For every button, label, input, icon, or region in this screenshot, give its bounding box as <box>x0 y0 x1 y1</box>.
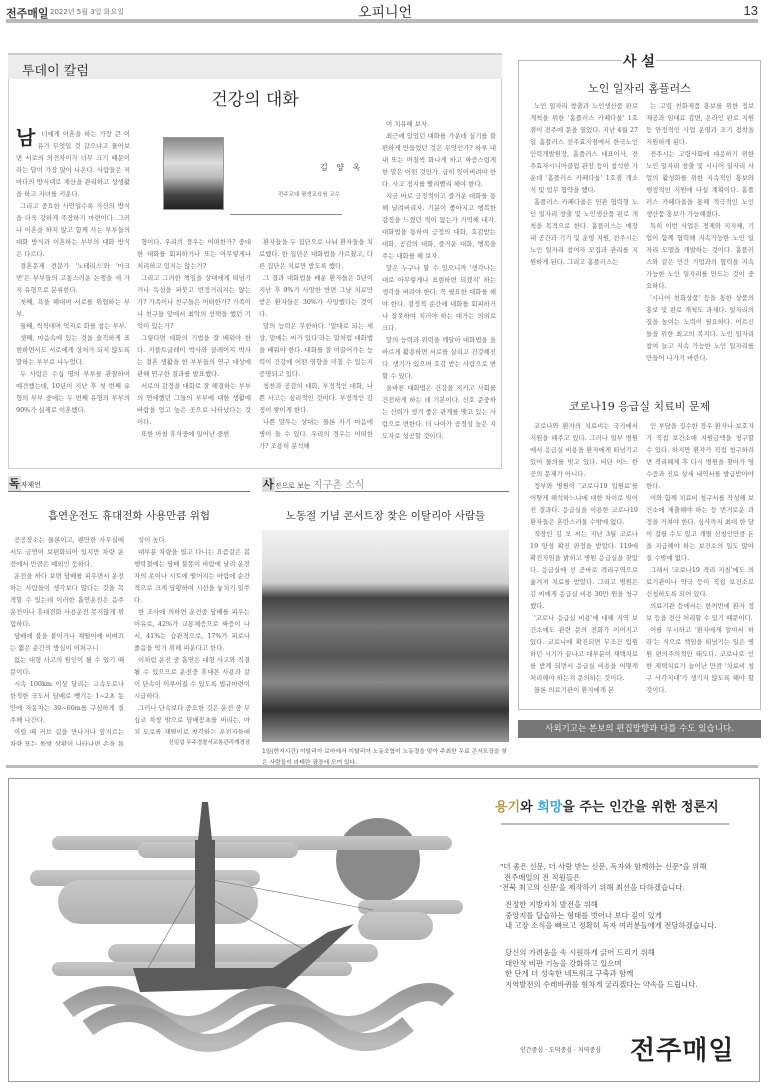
ad-line: 내 고장 소식을 빠르고 정확히 독자 여러분들에게 전달하겠습니다. <box>505 921 765 932</box>
ad-line: 진정한 지방자치 발전을 위해 <box>505 900 765 911</box>
concert-photo <box>262 530 509 742</box>
paragraph: 또한 아침 휴식중에 일어난 중한 <box>137 428 251 440</box>
paragraph: 없는 대형 사고의 원인이 될 수 있기 때문이다. <box>10 654 124 678</box>
today-column-col-4: 여 치유해 보자. 최근에 있었던 대화를 가운데 심기를 불편하게 만들었던 … <box>382 118 496 460</box>
disclaimer-banner: 사외기고는 본보의 편집방향과 다를 수도 있습니다. <box>518 720 761 738</box>
editorial-label: 사 설 <box>622 51 656 71</box>
paragraph: 그리고 중요한 사안일수록 자신의 방식을 더욱 강하게 주장하기 마련이다. … <box>16 200 130 260</box>
paragraph: 성이 높다. <box>134 534 250 546</box>
reader-proposal-label: 독자제언 <box>8 476 250 492</box>
reader-proposal-title: 흡연운전도 휴대전화 사용만큼 위험 <box>8 508 250 523</box>
today-column-header: 투데이 칼럼 <box>8 53 502 79</box>
paragraph: 첫째, 욕을 해대며 서로를 위협하는 부부. <box>16 296 130 320</box>
editorial-1-col-2: 는 고령 친화제품 홍보를 위한 정보 제공과 임대료 감면, 온라인 판로 지… <box>646 100 754 388</box>
paragraph: 특히 이번 사업은 경제와 지자체, 기업이 함께 협력해 지속가능한 노인 일… <box>646 220 754 292</box>
paragraph: 올바른 대화법은 건강을 지키고 사회를 건전하게 하는 데 기본이다. 신호 … <box>382 382 496 442</box>
headline-courage: 용기 <box>495 800 520 815</box>
ad-slogan: 인간중심 · 도덕중심 · 지역중심 <box>520 1045 601 1054</box>
author-title: 전주교대 평생교육원 교수 <box>278 190 340 198</box>
paragraph: 그러나 단속보다 중요한 것은 운전 중 무심코 차창 밖으로 담배꽁초를 버리… <box>134 702 250 734</box>
ad-line: 대안적 비판 기능을 강화하고 있으며 <box>505 959 765 970</box>
paragraph: 이처럼 운전 중 흡연은 대형 사고와 직결될 수 있으므로 운전중 휴대폰 사… <box>134 654 250 702</box>
author-name: 김 양 옥 <box>320 162 363 173</box>
ad-headline-divider <box>501 823 729 825</box>
ad-brand-logo: 전주매일 <box>630 1030 734 1067</box>
paragraph: 환자들을 두 집단으로 나눠 환자들을 치료했다. 한 집단은 대화법을 가르쳤… <box>259 236 373 272</box>
editorial-1-col-1: 노인 일자리 창출과 노인생산품 판로 개척을 위한 '홈플러스 카페다울' 1… <box>530 100 638 388</box>
label-soft: 지구촌 소식 <box>313 480 364 491</box>
ad-line: 전주매일의 전 직원들은 <box>500 873 760 884</box>
paragraph: 운전을 하다 보면 담배를 피우면서 운전하는 사람들이 생각보다 많다는 것을… <box>10 570 124 630</box>
label-cap: 독 <box>8 476 21 491</box>
photo-news-label: 사진으로 보는 지구촌 소식 <box>262 476 509 492</box>
editorial-2-title: 코로나19 응급실 치료비 문제 <box>518 398 761 414</box>
paragraph: 여 치유해 보자. <box>382 118 496 130</box>
reader-proposal-col-2: 성이 높다. 대부분 차량을 열고 다니는 요즘같은 봄 행락철에는 담배 불똥… <box>134 534 250 734</box>
paragraph: 말의 능력과 위력을 깨달아 대화법을 올바르게 활용하면 서로를 살리고 건강… <box>382 334 496 382</box>
label-small: 진으로 보는 <box>275 482 311 490</box>
reader-proposal-byline: 신일섭 무주경찰서교통관리계경장 <box>134 738 250 746</box>
paragraph: '코로나 응급실 비용'에 대해 지역 보건소에도 관련 문의 전화가 이어지고… <box>530 612 638 684</box>
paragraph: 시속 100km 이상 달리는 고속도로나 한적한 국도서 담배로 뺏기는 1~… <box>10 678 124 726</box>
paragraph: 이럴 때 커브 길을 만나거나 앞지르는 차량 또는 돌발 상황이 나타나면 손… <box>10 726 124 746</box>
paragraph: 칭찬과 공감의 대화, 부정적인 대화, 나쁜 사고는 심리적인 것이다. 부정… <box>259 380 373 416</box>
paragraph: 공공장소는 물론이고, 웬만한 사무실에서도 금연이 보편화되어 있지만 차량 … <box>10 534 124 570</box>
paragraph: 홈플러스 카페다울은 민관 협력형 노인 일자리 창출 및 노인생산품 판로 개… <box>530 196 638 268</box>
paragraph: 두 사람은 수십 명의 부부를 관찰하여 예견했는데, 10년이 지난 후 첫 … <box>16 368 130 416</box>
paragraph: 말의 능력은 무한하다. '말대로 되는 세상, 말에는 씨가 있다'라는 말처… <box>259 320 373 380</box>
today-column-col-2: 형이다. 우리의 경우는 어떠한가? 중대한 대화를 회피하거나 또는 아무렇게… <box>137 236 251 460</box>
paragraph: 지금 바로 긍정적이고 즐거운 대화를 통해 날려버리자. 기분이 좋아지고 행… <box>382 190 496 262</box>
paragraph: 인 부담을 징수한 경우 환자나 보호자가 직접 보건소에 지원금액을 청구할 … <box>646 420 754 492</box>
paragraph: 정부와 병원이 '코로나19 입원료'를 어떻게 해석하느냐에 대한 차이로 빚… <box>530 480 638 528</box>
paragraph: 나쁜 말투는 상대는 물론 자기 마음에 병이 들 수 있다. 우리의 경우는 … <box>259 416 373 452</box>
paragraph: 노인 일자리 창출과 노인생산품 판로 개척을 위한 '홈플러스 카페다울' 1… <box>530 100 638 196</box>
ad-line: 지역발전의 수레바퀴를 힘차게 굴리겠다는 약속을 드립니다. <box>505 980 765 991</box>
ad-line: "더 좋은 신문, 더 사랑 받는 신문, 독자와 함께하는 신문"을 위해 <box>500 862 760 873</box>
headline-and: 와 <box>520 800 537 815</box>
photo-news-title: 노동절 기념 콘서트장 찾은 이탈리아 사람들 <box>262 508 509 523</box>
editorial-2-col-1: 코로나와 환자의 치료비는 국가에서 지원을 해주고 있다. 그러나 일부 병원… <box>530 420 638 704</box>
paragraph: 전주시는 고령사회에 대응하기 위한 노인 일자리 창출 및 시니어 일자리 사… <box>646 148 754 220</box>
paragraph: 셋째, 마음속에 있는 것을 솔직하게 표현하면서도 서로에게 상처가 되지 않… <box>16 332 130 368</box>
ad-paragraph-3: 당신의 가려움을 속 시원하게 긁어 드리기 위해 대안적 비판 기능을 강화하… <box>505 948 765 990</box>
paragraph: 형이다. 우리의 경우는 어떠한가? 중대한 대화를 회피하거나 또는 아무렇게… <box>137 236 251 272</box>
author-photo <box>163 137 224 210</box>
paragraph: 최근에 있었던 대화를 가운데 심기를 불편하게 만들었던 것은 무엇인가? 하… <box>382 130 496 190</box>
editorial-2-col-2: 인 부담을 징수한 경우 환자나 보호자가 직접 보건소에 지원금액을 청구할 … <box>646 420 754 704</box>
paragraph: 결혼문제 전문가 '노테리스'와 '마크먼'은 부부들의 고통스러운 논쟁을 세… <box>16 260 130 296</box>
paragraph: 그 결과 대화법을 배운 환자들은 5년이 지난 후 9%가 사망한 반면 그냥… <box>259 272 373 320</box>
author-divider <box>230 214 342 215</box>
paragraph: 이를 무시하고 '환자에게 알아서 하라'는 식으로 책임을 떠넘기는 일은 병… <box>646 624 754 696</box>
paragraph: 물론 의료기관이 환자에게 본 <box>530 684 638 696</box>
editorial-1-title: 노인 일자리 홈플러스 <box>518 80 761 96</box>
ship-illustration-icon <box>28 800 468 1060</box>
dropcap: 남 <box>16 128 35 146</box>
section-divider <box>6 765 758 768</box>
paragraph: 직장인 김 모 씨는 지난 3월 코로나19 양성 확진 판정을 받았다. 11… <box>530 528 638 612</box>
paragraph: 코로나와 환자의 치료비는 국가에서 지원을 해주고 있다. 그러나 일부 병원… <box>530 420 638 480</box>
label-cap: 사 <box>262 477 275 492</box>
ad-paragraph-2: 진정한 지방자치 발전을 위해 중앙지를 답습하는 형태를 벗어나 보다 깊이 … <box>505 900 765 932</box>
paragraph: 말은 누구나 할 수 있으니까 '생각나는 대로 아무렇게나 표현하면 되겠지'… <box>382 262 496 334</box>
editorial-rule-right <box>656 60 761 61</box>
paragraph: 이와 함께 치료비 청구서를 작성해 보건소에 제출해야 하는 등 번거로운 과… <box>646 492 754 564</box>
ad-headline: 용기와 희망을 주는 인간을 위한 정론지 <box>495 796 719 815</box>
paragraph: 서로의 감정을 대화로 잘 해결하는 부부의 연애했던 그들의 부부에 대한 생… <box>137 380 251 428</box>
page-number: 13 <box>744 3 758 18</box>
issue-date: 2022년 5월 3일 화요일 <box>50 7 124 17</box>
ad-line: 당신의 가려움을 속 시원하게 긁어 드리기 위해 <box>505 948 765 959</box>
paragraph: 는 고령 친화제품 홍보를 위한 정보 제공과 임대료 감면, 온라인 판로 지… <box>646 100 754 148</box>
paragraph: 둘째, 씩씩대며 억지로 화를 참는 부부. <box>16 320 130 332</box>
today-column-col-3: 환자들을 두 집단으로 나눠 환자들을 치료했다. 한 집단은 대화법을 가르쳤… <box>259 236 373 460</box>
paragraph: 그래서 '코로나19 격리 지침'에도 의료기관이나 약국 등이 직접 보건소로… <box>646 564 754 600</box>
reader-proposal-col-1: 공공장소는 물론이고, 웬만한 사무실에서도 금연이 보편화되어 있지만 차량 … <box>10 534 124 746</box>
ad-paragraph-1: "더 좋은 신문, 더 사랑 받는 신문, 독자와 함께하는 신문"을 위해 전… <box>500 862 760 894</box>
ad-line: '전북 최고의 신문'을 제작하기 위해 최선을 다하겠습니다. <box>500 883 760 894</box>
today-column-title: 건강의 대화 <box>8 85 502 110</box>
paragraph: 그리고 그러한 책임을 상대에게 떠넘기거나 독설을 퍼붓고 빈정거리지는 않는… <box>137 272 251 332</box>
paragraph: 그렇다면 대화의 기법을 잘 배워야 한다. 키플트글레이 박사와 클레이지 박… <box>137 332 251 380</box>
paragraph: 대부분 차량을 열고 다니는 요즘같은 봄 행락철에는 담배 불똥이 바람에 날… <box>134 546 250 606</box>
paragraph: '시니어 친화상품' 등을 통한 상품의 홍보 및 판로 개척도 과제다. 일자… <box>646 292 754 364</box>
ad-line: 중앙지를 답습하는 형태를 벗어나 보다 깊이 있게 <box>505 911 765 922</box>
paragraph: 한 조사에 의하면 운전중 담배를 피우는 이유로, 42%가 교통체증으로 짜… <box>134 606 250 654</box>
headline-hope: 희망 <box>537 800 562 815</box>
paragraph: 의료기관 등에서는 한꺼번에 환자 정보 등을 전산 처리할 수 있기 때문이다… <box>646 600 754 624</box>
paragraph: 담배에 불을 붙이거나 재떨이에 비벼끄는 짧은 순간의 방심이 어처구니 <box>10 630 124 654</box>
headline-rest: 을 주는 인간을 위한 정론지 <box>562 800 718 815</box>
label-rest: 자제언 <box>21 481 41 489</box>
today-column-col-1: 남 너에게 이혼을 하는 가장 큰 이유가 무엇일 것 같으냐고 물어보면 서로… <box>16 128 130 460</box>
ad-line: 한 단계 더 성숙한 네트워크 구축과 함께 <box>505 969 765 980</box>
editorial-rule-left <box>518 60 622 61</box>
masthead-divider <box>6 19 758 23</box>
